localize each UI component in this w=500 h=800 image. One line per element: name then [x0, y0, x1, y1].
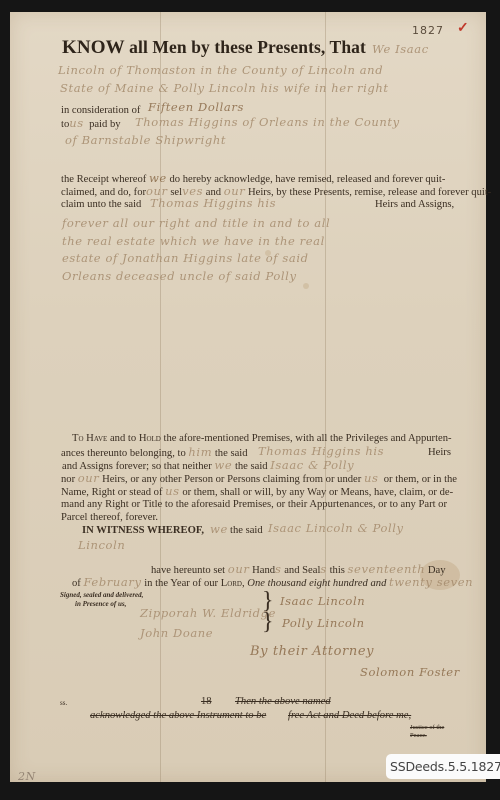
grantee-hand: Thomas Higgins his — [150, 196, 276, 210]
text: or them, or in the — [384, 474, 457, 485]
heirs-assigns: Heirs and Assigns, — [375, 198, 454, 211]
to-label: tous paid by — [61, 117, 121, 131]
deed-heading: KNOW all Men by these Presents, That — [62, 37, 366, 59]
witness-names: Isaac Lincoln & Polly — [268, 521, 404, 535]
description-line-4: Orleans deceased uncle of said Polly — [62, 269, 297, 283]
grantor-hand: We Isaac — [372, 42, 429, 56]
habendum-line-5: Name, Right or stead of us or them, shal… — [61, 485, 453, 499]
hand: we — [214, 458, 232, 472]
ss-label: ss. — [60, 697, 67, 710]
text: Hold — [139, 433, 161, 444]
text: Hand — [252, 565, 275, 576]
witness-label: IN WITNESS WHEREOF, — [82, 524, 204, 537]
witness-the-said: the said — [230, 524, 263, 537]
hand: we — [149, 171, 167, 185]
paid-by-text: paid by — [89, 119, 120, 130]
red-check-icon: ✓ — [457, 20, 469, 37]
witness-signature-1: Zipporah W. Eldridge — [140, 606, 276, 620]
text: have hereunto set — [151, 565, 225, 576]
text: and to — [110, 433, 136, 444]
witness-signature-2: John Doane — [140, 626, 213, 640]
text: the afore-mentioned Premises, with all t… — [164, 433, 452, 444]
witness-names-2: Lincoln — [78, 538, 125, 552]
hand: Isaac & Polly — [270, 458, 354, 472]
hand: seventeenth — [348, 562, 426, 576]
presence-label: in Presence of us, — [75, 600, 126, 609]
to-hand: us — [69, 116, 84, 130]
ack-line-b: free Act and Deed before me, — [288, 709, 411, 722]
signature-polly: Polly Lincoln — [282, 616, 365, 630]
habendum-heirs: Heirs — [428, 446, 451, 459]
stain — [303, 283, 309, 289]
hand: our — [228, 562, 250, 576]
attorney-signature: Solomon Foster — [360, 665, 460, 679]
consideration-amount: Fifteen Dollars — [148, 100, 244, 114]
ack-line-a: acknowledged the above Instrument to be — [90, 709, 266, 722]
receipt-line-3: claim unto the said — [61, 198, 141, 211]
habendum-line-3: and Assigns forever; so that neither we … — [62, 459, 354, 473]
text: of — [72, 578, 81, 589]
hand: February — [83, 575, 141, 589]
to-text: to — [61, 119, 69, 130]
grantor-line-1: Lincoln of Thomaston in the County of Li… — [58, 63, 383, 77]
ack-number: 18 — [201, 695, 212, 708]
witness-we: we — [210, 522, 228, 536]
corner-mark: 2N — [18, 770, 36, 783]
text: Heirs, by these Presents, remise, releas… — [248, 187, 491, 198]
text: ances thereunto belonging, to — [61, 448, 186, 459]
text: To Have — [72, 433, 107, 444]
heading-know: KNOW — [62, 37, 125, 58]
year-annotation: 1827 — [412, 24, 444, 37]
text: Lord, — [221, 578, 245, 589]
heading-rest: all Men by these Presents, That — [129, 37, 366, 57]
hand: twenty seven — [389, 575, 473, 589]
description-line-2: the real estate which we have in the rea… — [62, 234, 325, 248]
habendum-line-7: Parcel thereof, forever. — [61, 511, 158, 524]
description-line-3: estate of Jonathan Higgins late of said — [62, 251, 309, 265]
text: Heirs, or any other Person or Persons cl… — [102, 474, 361, 485]
text: nor — [61, 474, 75, 485]
receipt-line-1: the Receipt whereof we do hereby acknowl… — [61, 172, 445, 186]
hand: us — [165, 484, 180, 498]
signed-label: Signed, sealed and delivered, — [60, 591, 143, 600]
ack-then: Then the above named — [235, 695, 331, 708]
habendum-line-4: nor our Heirs, or any other Person or Pe… — [61, 472, 457, 486]
text: claimed, and do, for — [61, 187, 146, 198]
description-line-1: forever all our right and title in and t… — [62, 216, 330, 230]
brace-icon: } — [262, 610, 274, 634]
payer-line-2: of Barnstable Shipwright — [65, 133, 226, 147]
habendum-line-6: mand any Right or Title to the aforesaid… — [61, 498, 447, 511]
hand: him — [188, 445, 212, 459]
hand: s — [275, 562, 282, 576]
catalog-label: SSDeeds.5.5.1827.4 — [386, 754, 500, 779]
text: in the Year of our — [144, 578, 218, 589]
text: Name, Right or stead of — [61, 487, 163, 498]
payer-line: Thomas Higgins of Orleans in the County — [135, 115, 400, 129]
hand: s — [320, 562, 327, 576]
text: the said — [235, 461, 268, 472]
text: do hereby acknowledge, have remised, rel… — [169, 174, 445, 185]
habendum-grantee: Thomas Higgins his — [258, 444, 384, 458]
text: the Receipt whereof — [61, 174, 146, 185]
text: this — [330, 565, 345, 576]
text: or them, shall or will, by any Way or Me… — [182, 487, 453, 498]
hand: us — [364, 471, 379, 485]
attorney-line: By their Attorney — [250, 644, 374, 659]
justice-label: Justice of the Peace. — [410, 724, 446, 740]
text: and Seal — [284, 565, 320, 576]
hand: our — [78, 471, 100, 485]
signature-isaac: Isaac Lincoln — [280, 594, 365, 608]
grantor-line-2: State of Maine & Polly Lincoln his wife … — [60, 81, 389, 95]
